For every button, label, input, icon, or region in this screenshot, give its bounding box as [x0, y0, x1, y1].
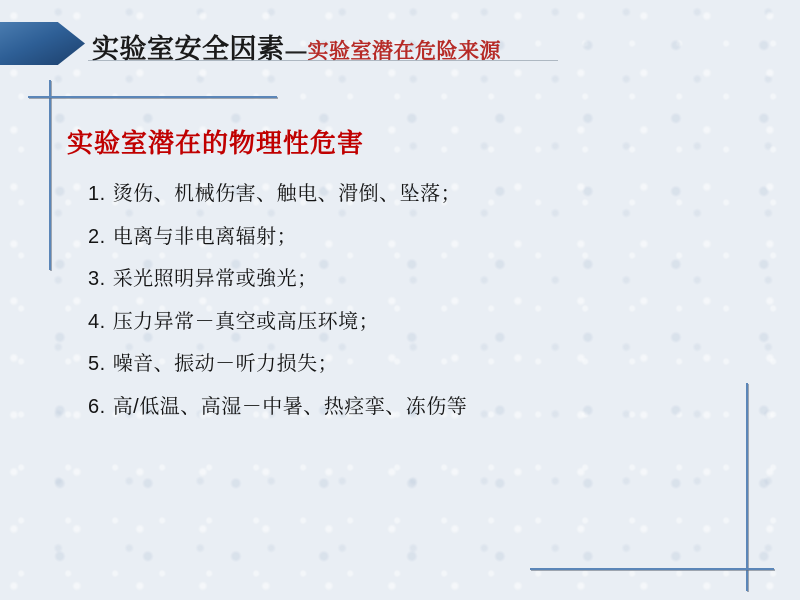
list-item: 6. 高/低温、高湿－中暑、热痉挛、冻伤等	[88, 390, 748, 433]
list-item-text: 烫伤、机械伤害、触电、滑倒、坠落；	[113, 177, 462, 206]
list-item-number: 1.	[88, 183, 106, 206]
list-item: 4. 压力异常－真空或高压环境；	[88, 305, 748, 348]
section-heading: 实验室潜在的物理性危害	[67, 123, 364, 160]
slide: 实验室安全因素 — 实验室潜在危险来源 实验室潜在的物理性危害 1. 烫伤、机械…	[0, 0, 800, 600]
list-item: 2. 电离与非电离辐射；	[88, 220, 748, 263]
list-item: 3. 采光照明异常或強光；	[88, 262, 748, 305]
pentagon-arrow-icon	[0, 22, 85, 65]
list-item-number: 5.	[88, 353, 106, 376]
list-item-text: 采光照明异常或強光；	[113, 262, 318, 291]
list-item-text: 噪音、振动－听力损失；	[113, 347, 339, 376]
list-item-text: 压力异常－真空或高压环境；	[113, 305, 380, 334]
decor-line-top-left-horizontal	[28, 96, 277, 98]
hazard-list: 1. 烫伤、机械伤害、触电、滑倒、坠落； 2. 电离与非电离辐射； 3. 采光照…	[88, 177, 748, 432]
list-item-number: 2.	[88, 226, 106, 249]
list-item-text: 电离与非电离辐射；	[113, 220, 298, 249]
list-item: 1. 烫伤、机械伤害、触电、滑倒、坠落；	[88, 177, 748, 220]
list-item: 5. 噪音、振动－听力损失；	[88, 347, 748, 390]
list-item-number: 4.	[88, 311, 106, 334]
list-item-text: 高/低温、高湿－中暑、热痉挛、冻伤等	[113, 390, 468, 419]
list-item-number: 6.	[88, 396, 106, 419]
decor-line-top-left-vertical	[49, 80, 51, 270]
list-item-number: 3.	[88, 268, 106, 291]
title-underline	[88, 60, 558, 61]
decor-line-bottom-right-horizontal	[530, 568, 774, 570]
